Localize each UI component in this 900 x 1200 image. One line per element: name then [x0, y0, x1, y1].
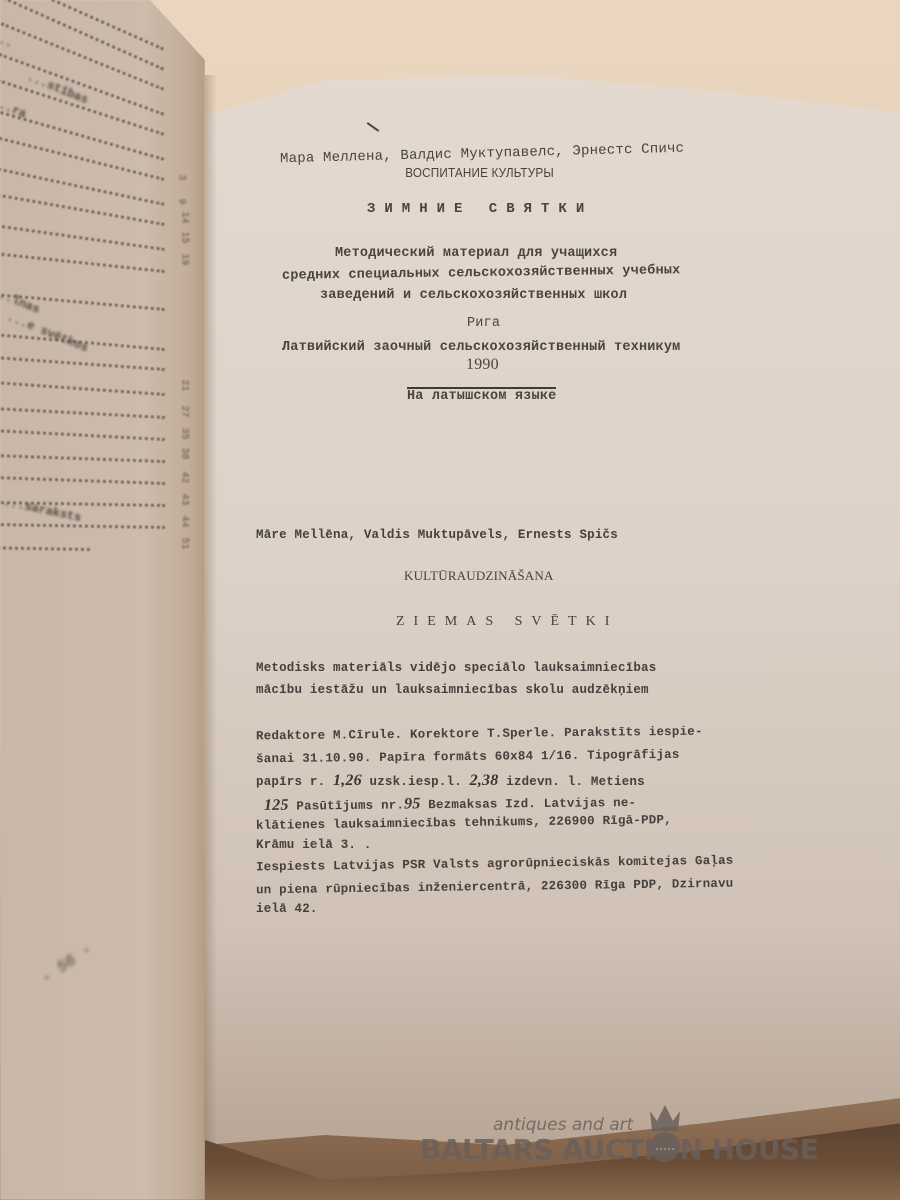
handwritten-value: 2,38 [470, 772, 499, 789]
toc-leader-dots [0, 468, 165, 485]
ru-publisher: Латвийский заочный сельскохозяйственный … [282, 340, 680, 355]
toc-page-number: 43 [179, 493, 190, 505]
ru-language-note: На латышском языке [407, 387, 556, 404]
toc-page-number: 9 [176, 198, 187, 204]
lv-description-line: mācību iestāžu un lauksaimniecības skolu… [256, 683, 649, 697]
toc-page-number: 14 [179, 211, 190, 223]
left-page-folio: - 56 - [38, 940, 96, 988]
watermark-name-left: BALTARS AUCTI [420, 1133, 653, 1166]
colophon-line: papīrs r. 1,26 uzsk.iesp.l. 2,38 izdevn.… [256, 772, 645, 790]
colophon-text: Bezmaksas Izd. Latvijas ne- [428, 796, 636, 812]
handwritten-value: 95 [404, 795, 421, 812]
toc-leader-dots [0, 446, 165, 463]
colophon-text: izdevn. l. Metiens [506, 775, 645, 789]
left-page-toc: ... ...stības ...ra ...lnas ...e svētkos… [0, 0, 205, 1200]
toc-page-number: 44 [179, 515, 190, 527]
lv-description-line: Metodisks materiāls vidējo speciālo lauk… [256, 661, 656, 675]
crown-logo-icon [648, 1103, 682, 1165]
colophon-text: uzsk.iesp.l. [370, 775, 462, 789]
lv-series: KULTŪRAUDZINĀŠANA [404, 568, 554, 584]
colophon-text: papīrs r. [256, 775, 325, 789]
ru-description-line: Методический материал для учащихся [335, 246, 617, 261]
ru-city: Рига [467, 316, 500, 331]
toc-page-number: 38 [179, 447, 190, 459]
ru-year: 1990 [466, 356, 499, 374]
lv-title: ZIEMAS SVĒTKI [396, 614, 618, 630]
toc-leader-dots [0, 399, 165, 419]
watermark-name: BALTARS AUCTIN HOUSE [420, 1133, 818, 1166]
ru-title: ЗИМНИЕ СВЯТКИ [367, 201, 593, 217]
toc-leader-dots [0, 538, 90, 551]
ru-series: ВОСПИТАНИЕ КУЛЬТУРЫ [405, 165, 554, 180]
handwritten-value: 1,26 [333, 772, 362, 789]
toc-leader-dots [0, 421, 165, 441]
toc-page-number: 42 [179, 471, 190, 483]
toc-page-number: 3 [176, 174, 187, 180]
colophon-text: Pasūtījums nr. [296, 798, 404, 813]
toc-page-number: 27 [179, 405, 190, 417]
handwritten-value: 125 [256, 797, 289, 814]
toc-page-number: 51 [179, 537, 190, 549]
toc-page-number: 15 [179, 231, 190, 243]
toc-page-number: 35 [179, 427, 190, 439]
toc-leader-dots [0, 515, 165, 529]
gutter-shadow [205, 75, 217, 1155]
watermark-tagline: antiques and art [493, 1115, 633, 1135]
colophon-line: Krāmu ielā 3. . [256, 838, 372, 852]
watermark-name-right: N HOUSE [679, 1133, 818, 1166]
toc-page-number: 19 [179, 253, 190, 265]
colophon-line: ielā 42. [256, 902, 318, 916]
toc-leader-dots [0, 373, 165, 396]
toc-leader-dots [0, 244, 166, 273]
lv-authors: Māre Mellēna, Valdis Muktupāvels, Ernest… [256, 528, 618, 542]
ru-description-line: заведений и сельскохозяйственных школ [320, 288, 627, 303]
toc-page-number: 21 [179, 379, 190, 391]
